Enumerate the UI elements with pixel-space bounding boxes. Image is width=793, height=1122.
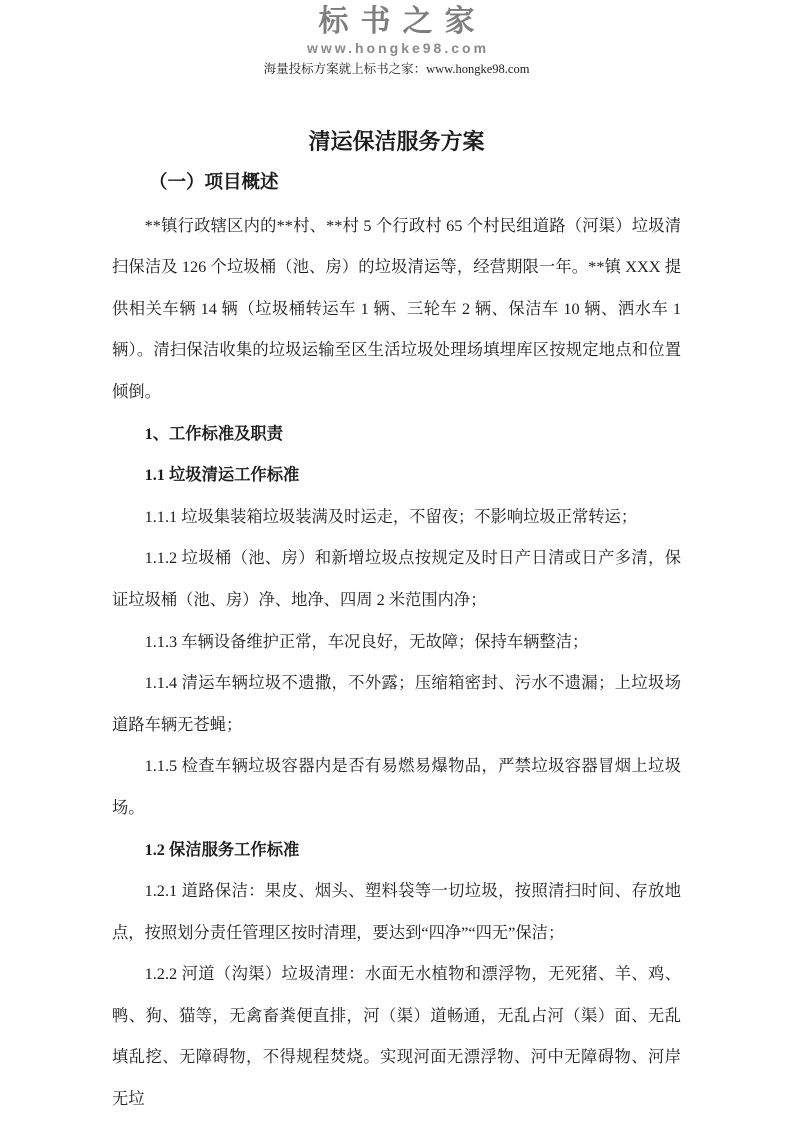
paragraph-1-1-4: 1.1.4 清运车辆垃圾不遗撒，不外露；压缩箱密封、污水不遗漏；上垃圾场道路车辆… (112, 662, 681, 745)
paragraph-1-1-3: 1.1.3 车辆设备维护正常，车况良好，无故障；保持车辆整洁； (112, 621, 681, 663)
doc-title: 清运保洁服务方案 (112, 121, 681, 163)
paragraph-1-1-5: 1.1.5 检查车辆垃圾容器内是否有易燃易爆物品，严禁垃圾容器冒烟上垃圾场。 (112, 745, 681, 828)
paragraph-1-2-2: 1.2.2 河道（沟渠）垃圾清理：水面无水植物和漂浮物，无死猪、羊、鸡、鸭、狗、… (112, 953, 681, 1119)
document-content: 清运保洁服务方案 （一）项目概述 **镇行政辖区内的**村、**村 5 个行政村… (112, 121, 681, 1120)
logo-website: www.hongke98.com (0, 40, 793, 56)
letterhead: 标书之家 www.hongke98.com 海量投标方案就上标书之家：www.h… (0, 0, 793, 77)
header-tagline: 海量投标方案就上标书之家：www.hongke98.com (0, 62, 793, 77)
document-page: 标书之家 www.hongke98.com 海量投标方案就上标书之家：www.h… (0, 0, 793, 1122)
paragraph-1-1-2: 1.1.2 垃圾桶（池、房）和新增垃圾点按规定及时日产日清或日产多清，保证垃圾桶… (112, 537, 681, 620)
paragraph-1-2-1: 1.2.1 道路保洁：果皮、烟头、塑料袋等一切垃圾，按照清扫时间、存放地点，按照… (112, 870, 681, 953)
paragraph-1-1-1: 1.1.1 垃圾集装箱垃圾装满及时运走，不留夜；不影响垃圾正常转运； (112, 496, 681, 538)
logo-text: 标书之家 (0, 6, 793, 38)
paragraph-project-overview: **镇行政辖区内的**村、**村 5 个行政村 65 个村民组道路（河渠）垃圾清… (112, 205, 681, 413)
heading-1-2-cleaning-service-standards: 1.2 保洁服务工作标准 (112, 829, 681, 871)
section-heading-project-overview: （一）项目概述 (112, 163, 681, 205)
heading-work-standards: 1、工作标准及职责 (112, 413, 681, 455)
heading-1-1-garbage-removal-standards: 1.1 垃圾清运工作标准 (112, 454, 681, 496)
